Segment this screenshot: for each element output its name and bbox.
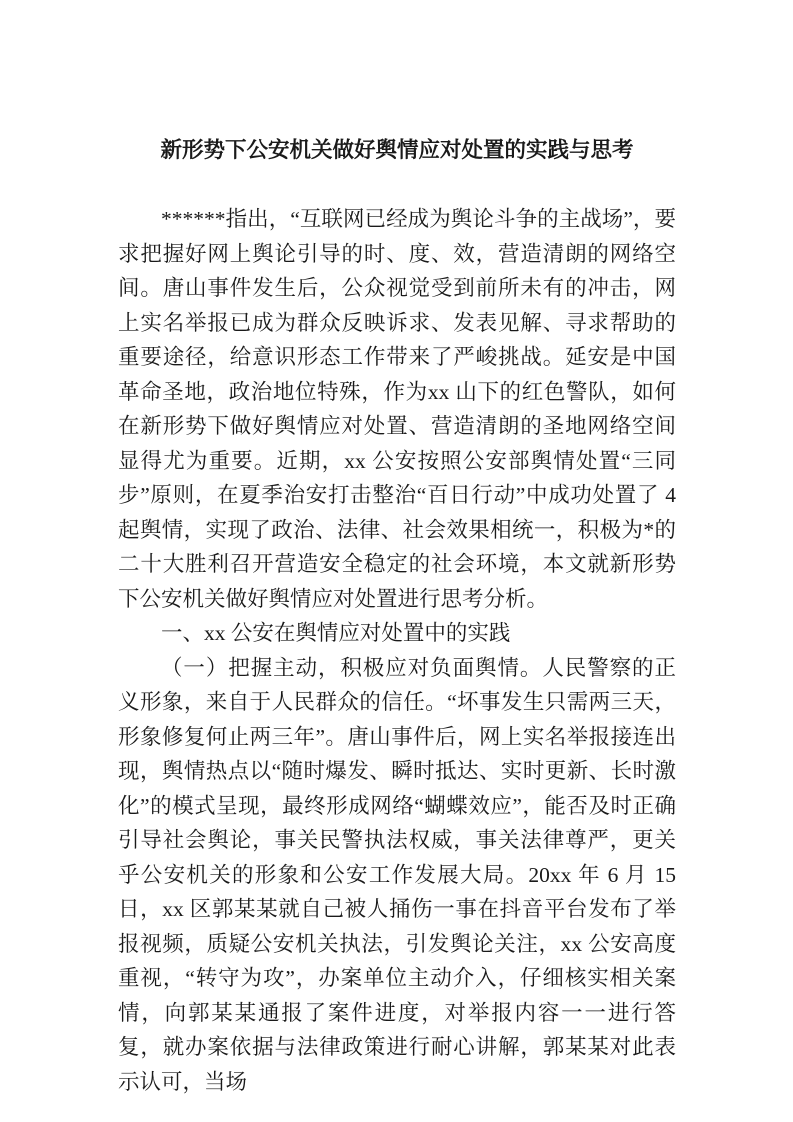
intro-paragraph: ******指出，“互联网已经成为舆论斗争的主战场”，要求把握好网上舆论引导的时… <box>118 202 676 616</box>
document-page: 新形势下公安机关做好舆情应对处置的实践与思考 ******指出，“互联网已经成为… <box>0 0 793 1122</box>
section-heading-practice: 一、xx 公安在舆情应对处置中的实践 <box>118 616 676 651</box>
document-title-text: 新形势下公安机关做好舆情应对处置的实践与思考 <box>160 138 633 162</box>
document-title: 新形势下公安机关做好舆情应对处置的实践与思考 <box>118 133 676 168</box>
section-paragraph-one: （一）把握主动，积极应对负面舆情。人民警察的正义形象，来自于人民群众的信任。“坏… <box>118 651 676 1100</box>
